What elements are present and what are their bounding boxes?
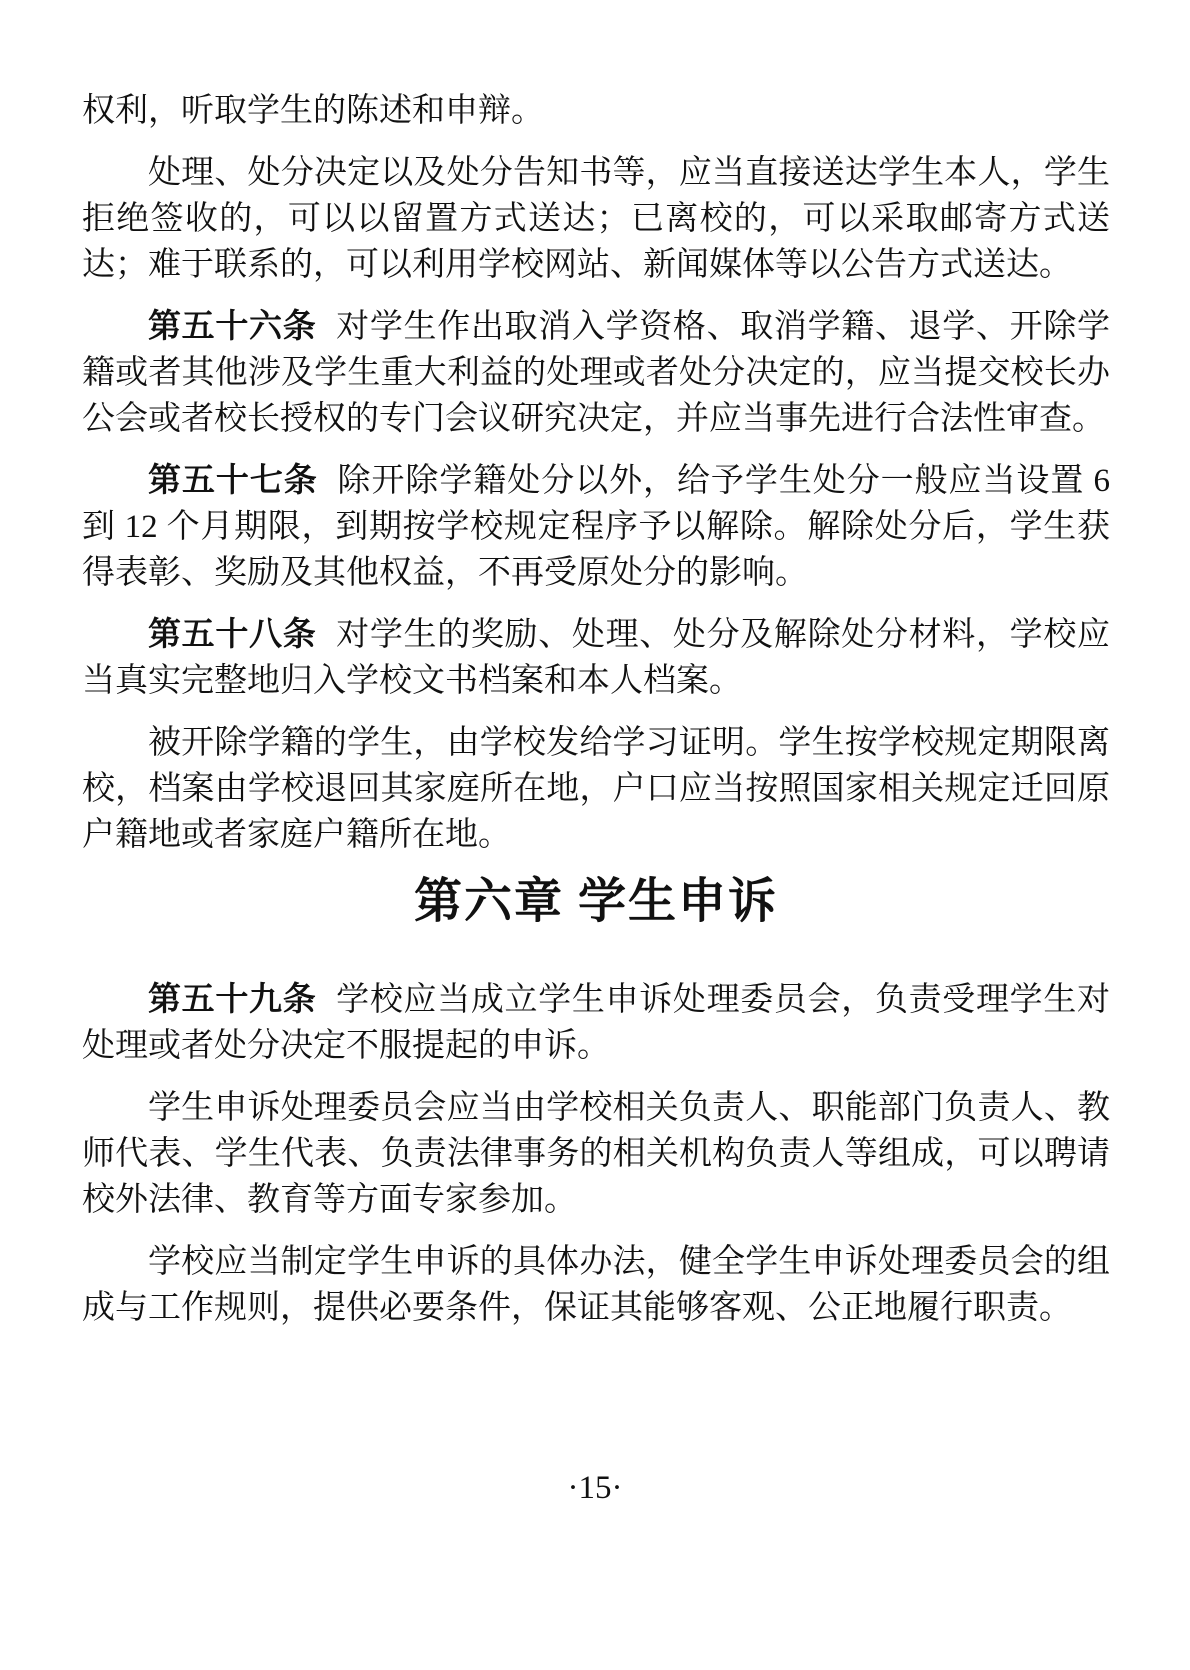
paragraph-text: 权利，听取学生的陈述和申辩。 (82, 93, 544, 129)
article-number-57: 第五十七条 (148, 463, 338, 499)
paragraph-article-59: 第五十九条学校应当成立学生申诉处理委员会，负责受理学生对处理或者处分决定不服提起… (82, 977, 1110, 1069)
paragraph-committee-composition: 学生申诉处理委员会应当由学校相关负责人、职能部门负责人、教师代表、学生代表、负责… (82, 1085, 1110, 1223)
document-page: 权利，听取学生的陈述和申辩。 处理、处分决定以及处分告知书等，应当直接送达学生本… (0, 0, 1190, 1670)
paragraph-continuation: 权利，听取学生的陈述和申辩。 (82, 88, 1110, 134)
paragraph-text: 学校应当制定学生申诉的具体办法，健全学生申诉处理委员会的组成与工作规则，提供必要… (82, 1244, 1110, 1326)
paragraph-appeal-measures: 学校应当制定学生申诉的具体办法，健全学生申诉处理委员会的组成与工作规则，提供必要… (82, 1239, 1110, 1331)
document-body: 权利，听取学生的陈述和申辩。 处理、处分决定以及处分告知书等，应当直接送达学生本… (82, 88, 1110, 1331)
paragraph-delivery-methods: 处理、处分决定以及处分告知书等，应当直接送达学生本人，学生拒绝签收的，可以以留置… (82, 150, 1110, 288)
article-number-58: 第五十八条 (148, 617, 336, 653)
paragraph-text: 学生申诉处理委员会应当由学校相关负责人、职能部门负责人、教师代表、学生代表、负责… (82, 1090, 1110, 1218)
paragraph-text: 处理、处分决定以及处分告知书等，应当直接送达学生本人，学生拒绝签收的，可以以留置… (82, 155, 1110, 283)
paragraph-article-56: 第五十六条对学生作出取消入学资格、取消学籍、退学、开除学籍或者其他涉及学生重大利… (82, 304, 1110, 442)
paragraph-text: 被开除学籍的学生，由学校发给学习证明。学生按学校规定期限离校，档案由学校退回其家… (82, 725, 1110, 853)
paragraph-article-57: 第五十七条除开除学籍处分以外，给予学生处分一般应当设置 6 到 12 个月期限，… (82, 458, 1110, 596)
paragraph-expelled-students: 被开除学籍的学生，由学校发给学习证明。学生按学校规定期限离校，档案由学校退回其家… (82, 720, 1110, 858)
paragraph-article-58: 第五十八条对学生的奖励、处理、处分及解除处分材料，学校应当真实完整地归入学校文书… (82, 612, 1110, 704)
page-number: ·15· (0, 1468, 1190, 1508)
chapter-heading: 第六章 学生申诉 (82, 874, 1110, 930)
article-number-59: 第五十九条 (148, 982, 336, 1018)
article-number-56: 第五十六条 (148, 309, 336, 345)
